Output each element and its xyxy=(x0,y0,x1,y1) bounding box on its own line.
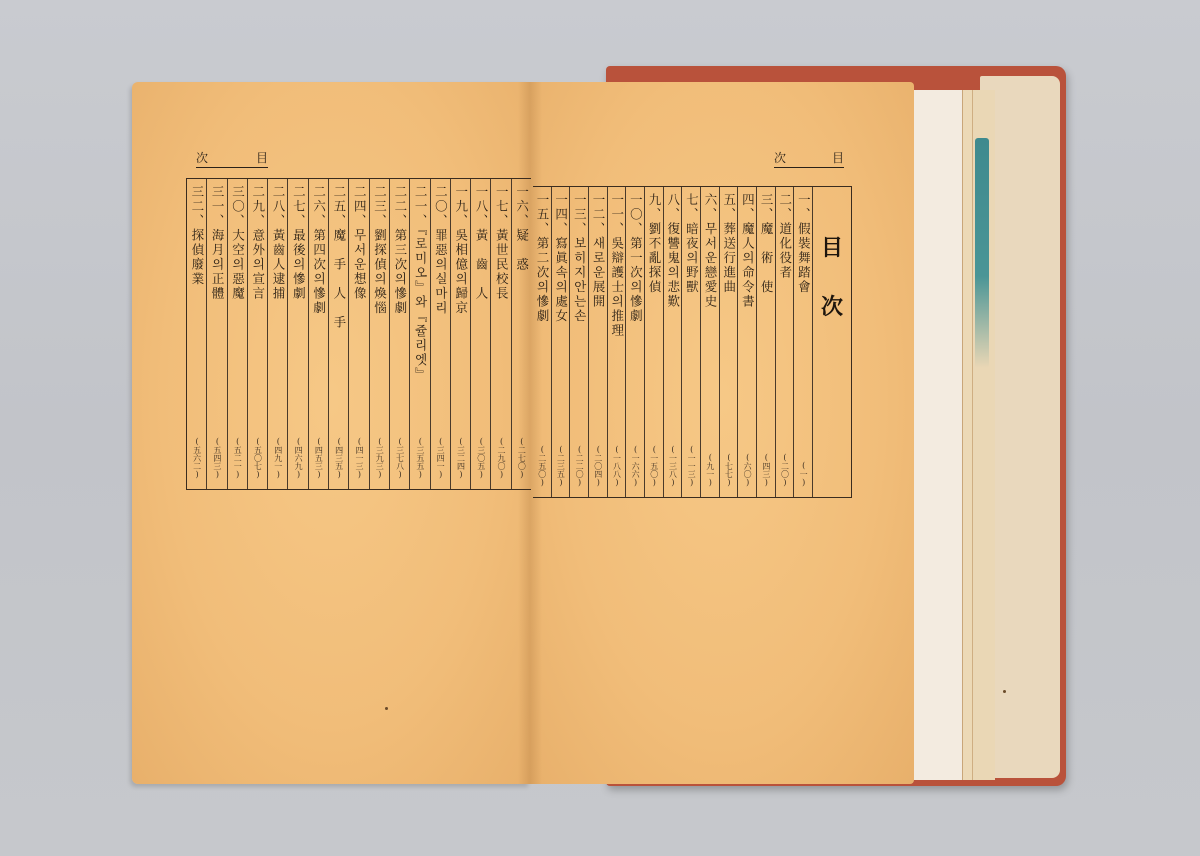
toc-table-left: 一六、疑 惑(二七〇) 一七、黃世民校長(二九〇) 一八、黃 齒 人(三〇五) … xyxy=(186,178,531,490)
toc-page-number: (三〇五) xyxy=(477,437,485,479)
toc-entry: 一、假裝舞踏會(一) xyxy=(793,187,812,497)
toc-page-number: (一) xyxy=(799,461,807,487)
running-head-char: 目 xyxy=(832,149,844,166)
running-head-char: 次 xyxy=(774,149,786,166)
toc-entry: 二一、『로미오』와『쥴리엣』(三五五) xyxy=(409,179,429,489)
toc-entry: 一七、黃世民校長(二九〇) xyxy=(490,179,510,489)
toc-entry: 八、復讐鬼의悲歎(一三八) xyxy=(663,187,682,497)
running-head-left: 次 目 xyxy=(196,150,268,168)
toc-page-number: (二〇) xyxy=(780,453,788,487)
toc-entry: 二二、第三次의慘劇(三七八) xyxy=(389,179,409,489)
toc-page-number: (三二四) xyxy=(456,437,464,479)
toc-entry: 一三、보히지안는손(二二〇) xyxy=(569,187,588,497)
toc-entry: 一一、吳辯護士의推理(一八八) xyxy=(607,187,626,497)
toc-page-number: (四六九) xyxy=(294,437,302,479)
toc-entry: 九、劉不亂探偵(一五〇) xyxy=(644,187,663,497)
toc-entry: 二三、劉探偵의煥惱(三九三) xyxy=(369,179,389,489)
toc-entry: 三二、探偵廢業(五六二) xyxy=(187,179,206,489)
toc-page-number: (四五三) xyxy=(314,437,322,479)
toc-page-number: (一六六) xyxy=(631,445,639,487)
toc-entry: 二七、最後의慘劇(四六九) xyxy=(287,179,307,489)
toc-table-right: 目 次 一、假裝舞踏會(一) 二、道化役者(二〇) 三、魔 術 使(四三) 四、… xyxy=(533,186,852,498)
toc-page-number: (二二〇) xyxy=(575,445,583,487)
toc-entry: 二〇、罪惡의실마리(三四一) xyxy=(430,179,450,489)
toc-entry: 二四、무서운想像(四一三) xyxy=(348,179,368,489)
toc-entry: 三、魔 術 使(四三) xyxy=(756,187,775,497)
toc-entry: 二八、黃齒人逮捕(四九一) xyxy=(267,179,287,489)
toc-page-number: (二三五) xyxy=(556,445,564,487)
toc-page-number: (三五五) xyxy=(416,437,424,479)
toc-page-number: (五〇七) xyxy=(253,437,261,479)
toc-page-number: (五四三) xyxy=(213,437,221,479)
paper-speck xyxy=(1003,690,1006,693)
toc-entry: 七、暗夜의野獸(一一三) xyxy=(681,187,700,497)
toc-heading-char: 目 xyxy=(821,231,843,262)
paper-speck xyxy=(385,707,388,710)
running-head-char: 目 xyxy=(256,149,268,166)
toc-page-number: (二〇四) xyxy=(594,445,602,487)
toc-page-number: (四三五) xyxy=(335,437,343,479)
toc-entry: 一〇、第一次의慘劇(一六六) xyxy=(625,187,644,497)
toc-heading-char: 次 xyxy=(821,290,843,321)
page-stack-white xyxy=(908,90,969,780)
toc-page-number: (一八八) xyxy=(612,445,620,487)
teal-endpaper-fragment xyxy=(975,138,989,368)
toc-entry: 一四、寫眞속의處女(二三五) xyxy=(551,187,570,497)
toc-entry: 一二、새로운展開(二〇四) xyxy=(588,187,607,497)
toc-entry: 三一、海月의正體(五四三) xyxy=(206,179,226,489)
toc-page-number: (二九〇) xyxy=(497,437,505,479)
toc-entry: 二九、意外의宣言(五〇七) xyxy=(247,179,267,489)
toc-entry: 一八、黃 齒 人(三〇五) xyxy=(470,179,490,489)
toc-page-number: (四三) xyxy=(762,453,770,487)
toc-entry: 一五、第二次의慘劇(二五〇) xyxy=(533,187,551,497)
toc-heading: 目 次 xyxy=(812,187,851,497)
toc-page-number: (一一三) xyxy=(687,445,695,487)
toc-page-number: (二五〇) xyxy=(538,445,546,487)
toc-page-number: (三四一) xyxy=(436,437,444,479)
book-photo: 次 目 次 目 目 次 一、假裝舞踏會(一) 二、道化役者(二〇) 三、魔 術 … xyxy=(0,0,1200,856)
toc-entry: 三〇、大空의惡魔(五二一) xyxy=(227,179,247,489)
toc-page-number: (三七八) xyxy=(396,437,404,479)
toc-page-number: (五二一) xyxy=(233,437,241,479)
toc-entry: 二、道化役者(二〇) xyxy=(775,187,794,497)
toc-page-number: (六〇) xyxy=(743,453,751,487)
toc-entry: 一六、疑 惑(二七〇) xyxy=(511,179,531,489)
toc-entry: 一九、吳相億의歸京(三二四) xyxy=(450,179,470,489)
toc-entry: 四、魔人의命令書(六〇) xyxy=(737,187,756,497)
toc-entry: 五、葬送行進曲(七七) xyxy=(719,187,738,497)
toc-page-number: (七七) xyxy=(724,453,732,487)
toc-entry: 二六、第四次의慘劇(四五三) xyxy=(308,179,328,489)
toc-entry: 六、무서운戀愛史(九一) xyxy=(700,187,719,497)
toc-page-number: (一三八) xyxy=(668,445,676,487)
toc-page-number: (九一) xyxy=(706,453,714,487)
toc-page-number: (一五〇) xyxy=(650,445,658,487)
toc-page-number: (二七〇) xyxy=(517,437,525,479)
toc-page-number: (四九一) xyxy=(274,437,282,479)
toc-page-number: (四一三) xyxy=(355,437,363,479)
toc-page-number: (五六二) xyxy=(193,437,201,479)
toc-entry: 二五、魔 手 人 手(四三五) xyxy=(328,179,348,489)
running-head-right: 次 目 xyxy=(774,150,844,168)
running-head-char: 次 xyxy=(196,149,208,166)
toc-page-number: (三九三) xyxy=(375,437,383,479)
